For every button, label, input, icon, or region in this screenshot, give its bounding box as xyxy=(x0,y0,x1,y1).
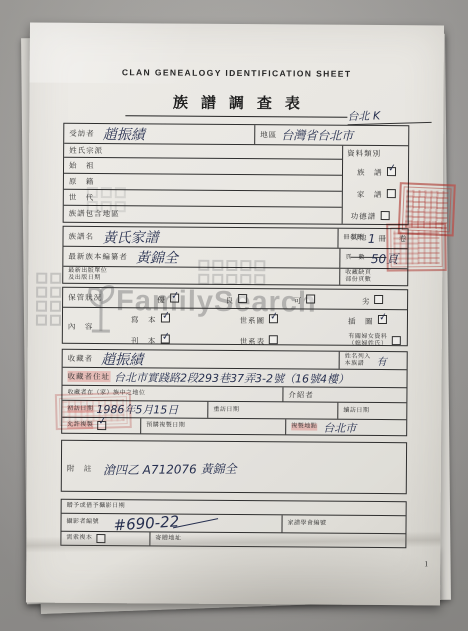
section-identity: 受訪者 趙振績 地區 台灣省台北市 姓氏宗派 始 祖 原 籍 世 代 族譜包含地… xyxy=(63,123,410,225)
section-office-use: 贈予或借予攝影日期 攝影者編號 #690-22 家譜學會編號 需索複本 ✓ 寄贈… xyxy=(60,499,406,548)
page-number: 1 xyxy=(424,559,428,568)
volumes-value: 1 xyxy=(368,231,376,245)
content-manuscript: 寫 本 ✓ xyxy=(131,309,170,327)
field-holder-address: 收藏者住址 台北市實踐路2段293巷37弄3-2號（16號4樓） xyxy=(63,368,407,387)
field-name-listed: 姓名列入本族譜 有 xyxy=(339,352,407,369)
section-notes: 附 註 滄四乙 A712076 黃錦全 xyxy=(61,440,407,494)
field-donate-date: 贈予或借予攝影日期 xyxy=(62,500,126,513)
watermark-ornament-left xyxy=(36,273,61,326)
type-merit-record: 功德譜 ✓ xyxy=(351,206,404,224)
content-pedigree-chart: 世系圖 ✓ xyxy=(239,310,278,328)
field-area: 地區 台灣省台北市 xyxy=(254,125,408,145)
section-volume: 族譜名 黃氏家譜 冊卷數 1 冊 卷 最新族本編纂者 黃錦全 頁 數 50頁 最… xyxy=(62,226,408,286)
origin-label: 原 籍 xyxy=(64,176,95,187)
field-holder: 收藏者 趙振績 xyxy=(63,350,339,369)
field-introducer: 介紹者 xyxy=(282,387,406,402)
area-value: 台灣省台北市 xyxy=(281,126,353,144)
field-photographer-number: 攝影者編號 #690-22 xyxy=(61,514,281,533)
form-title: 族譜調查表 xyxy=(125,91,347,118)
content-women-data: 有關婦女資料（媳婦姓氏） ✓ xyxy=(348,331,401,349)
lineage-label: 姓氏宗派 xyxy=(64,145,103,156)
content-illustrations: 插 圖 ✓ xyxy=(348,310,387,328)
field-send-address: 寄贈地址 xyxy=(149,532,405,547)
content-printed: 刊 本 ✓ xyxy=(131,330,170,348)
handwritten-region-note: 台北 K xyxy=(347,106,431,125)
field-copy-requested: 需索複本 ✓ xyxy=(61,532,149,546)
material-type-label: 資料類別 xyxy=(347,148,404,159)
coverage-label: 族譜包含地區 xyxy=(64,208,120,219)
holder-address-value: 台北市實踐路2段293巷37弄3-2號（16號4樓） xyxy=(114,369,349,387)
red-seal-stamp-faded xyxy=(55,392,132,430)
holder-value: 趙振績 xyxy=(101,349,143,369)
genealogy-title-value: 黃氏家譜 xyxy=(102,226,158,247)
field-interviewee: 受訪者 趙振績 xyxy=(64,124,254,144)
field-copy-date: 預購複製日期 xyxy=(140,418,285,434)
compiler-value: 黃錦全 xyxy=(136,247,178,267)
field-followup-visit: 續訪日期 xyxy=(337,403,406,419)
red-seal-stamp xyxy=(386,223,446,272)
checkbox xyxy=(386,189,395,198)
checkbox xyxy=(380,211,389,220)
field-genealogy-title: 族譜名 黃氏家譜 xyxy=(63,227,337,248)
interviewee-label: 受訪者 xyxy=(69,128,95,139)
form-english-title: CLAN GENEALOGY IDENTIFICATION SHEET xyxy=(30,67,444,80)
generations-label: 世 代 xyxy=(64,192,95,203)
section-condition-content: 保管狀況 優 ✓ 良 ✓ 可 ✓ 劣 ✓ 內 容 寫 本 ✓ 世系圖 ✓ 插 圖… xyxy=(62,287,408,346)
field-notes: 附 註 滄四乙 A712076 黃錦全 xyxy=(62,441,237,492)
field-society-number: 家譜學會編號 xyxy=(281,515,405,533)
photographer-number-value: #690-22 xyxy=(113,512,180,534)
area-label: 地區 xyxy=(260,129,277,140)
interviewee-value: 趙振績 xyxy=(103,124,145,144)
type-family-record: 家 譜 ✓ xyxy=(357,184,404,202)
scanned-form-page: CLAN GENEALOGY IDENTIFICATION SHEET 族譜調查… xyxy=(26,23,444,606)
condition-label: 保管狀況 xyxy=(63,288,129,307)
field-compiler: 最新族本編纂者 黃錦全 xyxy=(63,247,339,268)
field-copy-place: 複製地點 台北市 xyxy=(285,419,406,435)
handwritten-stroke xyxy=(173,518,218,528)
content-label: 內 容 xyxy=(63,308,129,345)
field-publisher: 最新出版單位及出版日期 xyxy=(63,267,339,285)
ancestor-label: 始 祖 xyxy=(64,160,95,171)
field-revisit: 重訪日期 xyxy=(207,402,337,419)
notes-value: 滄四乙 A712076 黃錦全 xyxy=(102,460,236,478)
content-pedigree-table: 世系表 ✓ xyxy=(240,331,279,349)
copy-place-value: 台北市 xyxy=(323,419,356,435)
name-listed-value: 有 xyxy=(377,353,387,368)
type-genealogy: 族 譜 ✓ xyxy=(357,162,404,180)
